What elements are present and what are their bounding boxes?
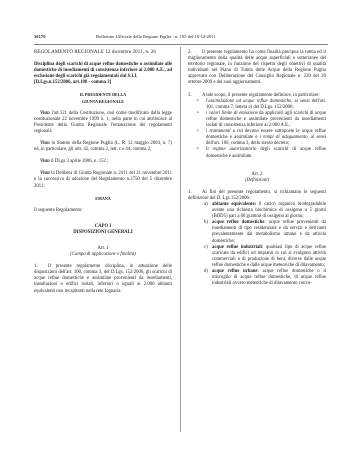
page-header: 36170 Bollettino Ufficiale della Regione… (34, 34, 328, 44)
regulation-subject: Disciplina degli scarichi di acque reflu… (34, 62, 172, 80)
recital-text: il DLgs 3 aprile 2006, n. 152 ; (50, 159, 109, 164)
article-1-paragraph-2: 2.Il presente regolamento ha come finali… (188, 50, 326, 87)
recital-lead: Visto (40, 159, 50, 164)
paragraph-text: A tale scopo, il presente regolamento de… (202, 93, 320, 98)
list-item: il regime autorizzatorio degli scarichi … (202, 147, 326, 159)
recital-text: l'art.121 della Costituzione, così come … (34, 111, 172, 134)
list-item: l'assimilazione ad acque reflue domestic… (202, 99, 326, 111)
scope-list: l'assimilazione ad acque reflue domestic… (188, 99, 326, 160)
left-column: REGOLAMENTO REGIONALE 12 dicembre 2011, … (34, 50, 172, 295)
definition-item: b)acque reflue domestiche: acque reflue … (204, 220, 326, 244)
recital-lead: Visto (40, 141, 50, 146)
definition-item: c)acque reflue industriali: qualsiasi ti… (204, 245, 326, 269)
right-column: 2.Il presente regolamento ha come finali… (188, 50, 326, 287)
definition-item: d)acque reflue urbane: acque reflue dome… (204, 269, 326, 287)
recital: Vista la Delibera di Giunta Regionale n.… (34, 171, 172, 189)
recital-lead: Visto (40, 111, 50, 116)
paragraph-text: Il presente regolamento ha come finalità… (188, 50, 326, 85)
header-divider (34, 44, 328, 45)
recital-text: lo Statuto della Regione Puglia (L. R. 1… (34, 141, 172, 152)
paragraph-number: 3. (188, 93, 202, 99)
definition-item: a)abitante equivalente: il carico organi… (204, 202, 326, 220)
definitions-list: a)abitante equivalente: il carico organi… (188, 202, 326, 287)
list-item: i trattamenti a cui devono essere sottop… (202, 129, 326, 147)
recital-text: la Delibera di Giunta Regionale n. 2411 … (34, 171, 172, 188)
page-number: 36170 (34, 34, 45, 39)
paragraph-text: Il presente regolamento disciplina, in a… (34, 264, 172, 293)
regulation-title: REGOLAMENTO REGIONALE 12 dicembre 2011, … (34, 50, 172, 56)
list-item: i valori limite di emissione da applicar… (202, 111, 326, 129)
recital: Visto l'art.121 della Costituzione, così… (34, 111, 172, 135)
article-2-paragraph-1: 1.Ai fini del presente regolamento, si r… (188, 190, 326, 202)
article-1-paragraph-1: 1.Il presente regolamento disciplina, in… (34, 264, 172, 294)
paragraph-text: Ai fini del presente regolamento, si ric… (188, 190, 326, 201)
column-divider (180, 47, 181, 432)
publication-title: Bollettino Ufficiale della Regione Pugli… (96, 34, 216, 39)
recital: Visto lo Statuto della Regione Puglia (L… (34, 141, 172, 153)
recital-lead: Vista (40, 171, 50, 176)
